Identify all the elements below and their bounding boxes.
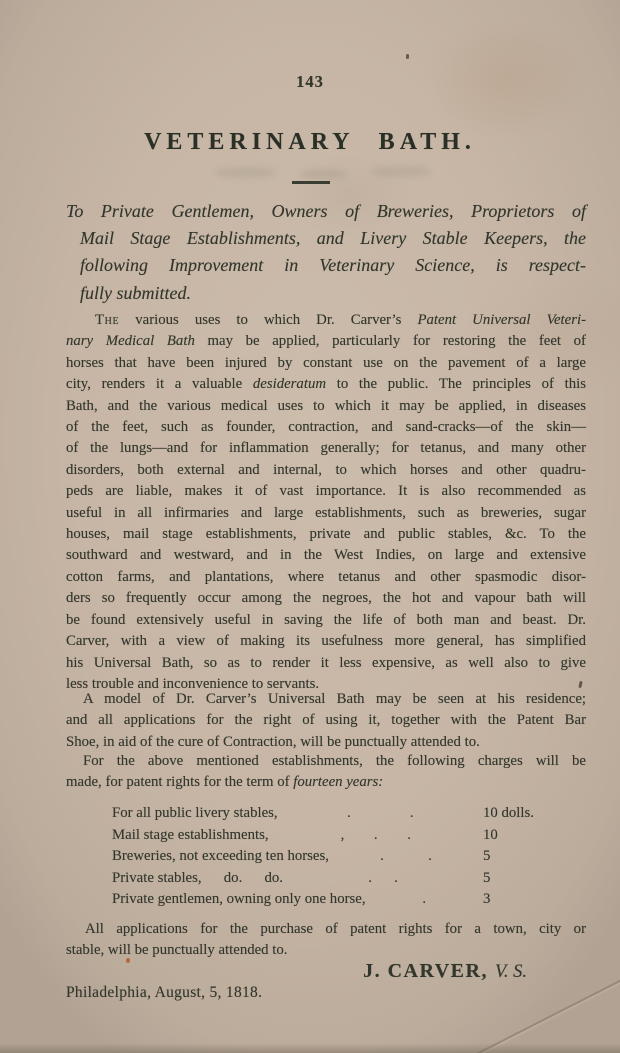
- italic-text: desideratum: [253, 376, 326, 392]
- text-line: horses that have been injured by constan…: [66, 353, 586, 374]
- text-segment: Carver, with a view of making its useful…: [66, 633, 586, 649]
- text-line: cotton farms, and plantations, where tet…: [66, 567, 586, 588]
- text-segment: southward and westward, and in the West …: [66, 547, 586, 563]
- price-value: 5: [483, 846, 578, 868]
- text-line: disorders, both external and internal, t…: [66, 460, 586, 481]
- text-line: Shoe, in aid of the cure of Contraction,…: [66, 732, 586, 753]
- text-segment: Mail Stage Establishments, and Livery St…: [80, 228, 586, 248]
- price-label: Private stables, do. do.: [112, 868, 283, 890]
- text-segment: ders so frequently occur among the negro…: [66, 590, 586, 606]
- italic-text: fourteen years:: [293, 774, 383, 790]
- text-line: Mail Stage Establishments, and Livery St…: [66, 225, 586, 252]
- text-line: following Improvement in Veterinary Scie…: [66, 252, 586, 279]
- text-segment: his Universal Bath, so as to render it l…: [66, 655, 586, 671]
- text-segment: peds are liable, makes it of vast import…: [66, 483, 586, 499]
- text-line: Bath, and the various medical uses to wh…: [66, 396, 586, 417]
- text-line: southward and westward, and in the West …: [66, 545, 586, 566]
- text-line: All applications for the purchase of pat…: [66, 919, 586, 940]
- price-list: For all public livery stables,. .10 doll…: [112, 803, 578, 911]
- text-segment: to the public. The principles of this: [326, 376, 586, 392]
- text-segment: of the lungs—and for inflammation genera…: [66, 440, 586, 456]
- ink-bleedthrough: [372, 166, 430, 177]
- text-line: The various uses to which Dr. Carver’s P…: [66, 310, 586, 331]
- body-paragraph-2: A model of Dr. Carver’s Universal Bath m…: [66, 689, 586, 753]
- text-line: To Private Gentlemen, Owners of Brewerie…: [66, 198, 586, 225]
- price-label: Mail stage establishments,: [112, 825, 269, 847]
- text-line: fully submitted.: [66, 280, 586, 307]
- body-paragraph-4: All applications for the purchase of pat…: [66, 919, 586, 962]
- title-rule: [292, 181, 330, 184]
- text-segment: For the above mentioned establishments, …: [83, 753, 586, 769]
- text-segment: of the feet, such as founder, contractio…: [66, 419, 586, 435]
- text-segment: fully submitted.: [80, 283, 191, 303]
- dot-leader: , . .: [269, 825, 483, 847]
- dot-leader: . .: [283, 868, 483, 890]
- text-segment: city, renders it a valuable: [66, 376, 253, 392]
- text-segment: stable, will be punctually attended to.: [66, 942, 287, 958]
- price-value: 3: [483, 889, 578, 911]
- text-line: A model of Dr. Carver’s Universal Bath m…: [66, 689, 586, 710]
- price-value: 10 dolls.: [483, 803, 578, 825]
- dedication-paragraph: To Private Gentlemen, Owners of Brewerie…: [66, 198, 586, 307]
- dot-leader: . .: [329, 846, 483, 868]
- page-number: 143: [0, 72, 620, 92]
- text-segment: may be applied, particularly for restori…: [195, 333, 586, 349]
- text-segment: useful in all infirmaries and large esta…: [66, 505, 586, 521]
- signature-title: V. S.: [495, 962, 527, 982]
- text-segment: be found extensively useful in saving th…: [66, 612, 586, 628]
- body-paragraph-3: For the above mentioned establishments, …: [66, 751, 586, 794]
- price-label: For all public livery stables,: [112, 803, 278, 825]
- page-title: VETERINARY BATH.: [0, 129, 620, 156]
- text-line: Carver, with a view of making its useful…: [66, 631, 586, 652]
- paper-speck: [126, 958, 130, 963]
- price-row: Private stables, do. do.. .5: [112, 868, 578, 890]
- dateline: Philadelphia, August, 5, 1818.: [66, 984, 262, 1002]
- text-line: For the above mentioned establishments, …: [66, 751, 586, 772]
- price-row: For all public livery stables,. .10 doll…: [112, 803, 578, 825]
- text-segment: horses that have been injured by constan…: [66, 355, 586, 371]
- text-line: useful in all infirmaries and large esta…: [66, 503, 586, 524]
- text-segment: Shoe, in aid of the cure of Contraction,…: [66, 734, 480, 750]
- text-segment: following Improvement in Veterinary Scie…: [80, 255, 586, 275]
- smallcaps-text: The: [95, 312, 119, 328]
- text-segment: All applications for the purchase of pat…: [85, 921, 586, 937]
- price-label: Private gentlemen, owning only one horse…: [112, 889, 366, 911]
- price-value: 10: [483, 825, 578, 847]
- scan-edge-shadow: [0, 1043, 620, 1053]
- text-segment: Bath, and the various medical uses to wh…: [66, 398, 586, 414]
- scanned-page: 143 VETERINARY BATH. To Private Gentleme…: [0, 0, 620, 1053]
- ink-bleedthrough: [215, 167, 275, 178]
- text-line: his Universal Bath, so as to render it l…: [66, 653, 586, 674]
- text-line: ders so frequently occur among the negro…: [66, 588, 586, 609]
- text-line: be found extensively useful in saving th…: [66, 610, 586, 631]
- text-segment: and all applications for the right of us…: [66, 712, 586, 728]
- price-value: 5: [483, 868, 578, 890]
- paper-speck: [406, 54, 409, 59]
- text-segment: various uses to which Dr. Carver’s: [119, 312, 417, 328]
- text-segment: houses, mail stage establishments, priva…: [66, 526, 586, 542]
- text-line: houses, mail stage establishments, priva…: [66, 524, 586, 545]
- text-segment: To Private Gentlemen, Owners of Brewerie…: [66, 201, 586, 221]
- text-segment: made, for patent rights for the term of: [66, 774, 293, 790]
- dot-leader: . .: [278, 803, 483, 825]
- italic-text: Patent Universal Veteri-: [417, 312, 586, 328]
- paper-crease: [477, 975, 620, 1053]
- text-line: and all applications for the right of us…: [66, 710, 586, 731]
- price-row: Breweries, not exceeding ten horses,. .5: [112, 846, 578, 868]
- ink-bleedthrough: [300, 169, 346, 179]
- text-segment: A model of Dr. Carver’s Universal Bath m…: [83, 691, 586, 707]
- text-segment: cotton farms, and plantations, where tet…: [66, 569, 586, 585]
- price-label: Breweries, not exceeding ten horses,: [112, 846, 329, 868]
- price-row: Mail stage establishments,, . .10: [112, 825, 578, 847]
- text-line: stable, will be punctually attended to.: [66, 940, 586, 961]
- text-line: peds are liable, makes it of vast import…: [66, 481, 586, 502]
- price-row: Private gentlemen, owning only one horse…: [112, 889, 578, 911]
- dot-leader: .: [366, 889, 483, 911]
- text-line: made, for patent rights for the term of …: [66, 772, 586, 793]
- signature-line: J. CARVER,V. S.: [363, 960, 527, 983]
- text-line: nary Medical Bath may be applied, partic…: [66, 331, 586, 352]
- text-line: of the feet, such as founder, contractio…: [66, 417, 586, 438]
- text-line: of the lungs—and for inflammation genera…: [66, 438, 586, 459]
- text-segment: disorders, both external and internal, t…: [66, 462, 586, 478]
- text-line: city, renders it a valuable desideratum …: [66, 374, 586, 395]
- italic-text: nary Medical Bath: [66, 333, 195, 349]
- signature-name: J. CARVER,: [363, 960, 488, 982]
- body-paragraph-1: The various uses to which Dr. Carver’s P…: [66, 310, 586, 695]
